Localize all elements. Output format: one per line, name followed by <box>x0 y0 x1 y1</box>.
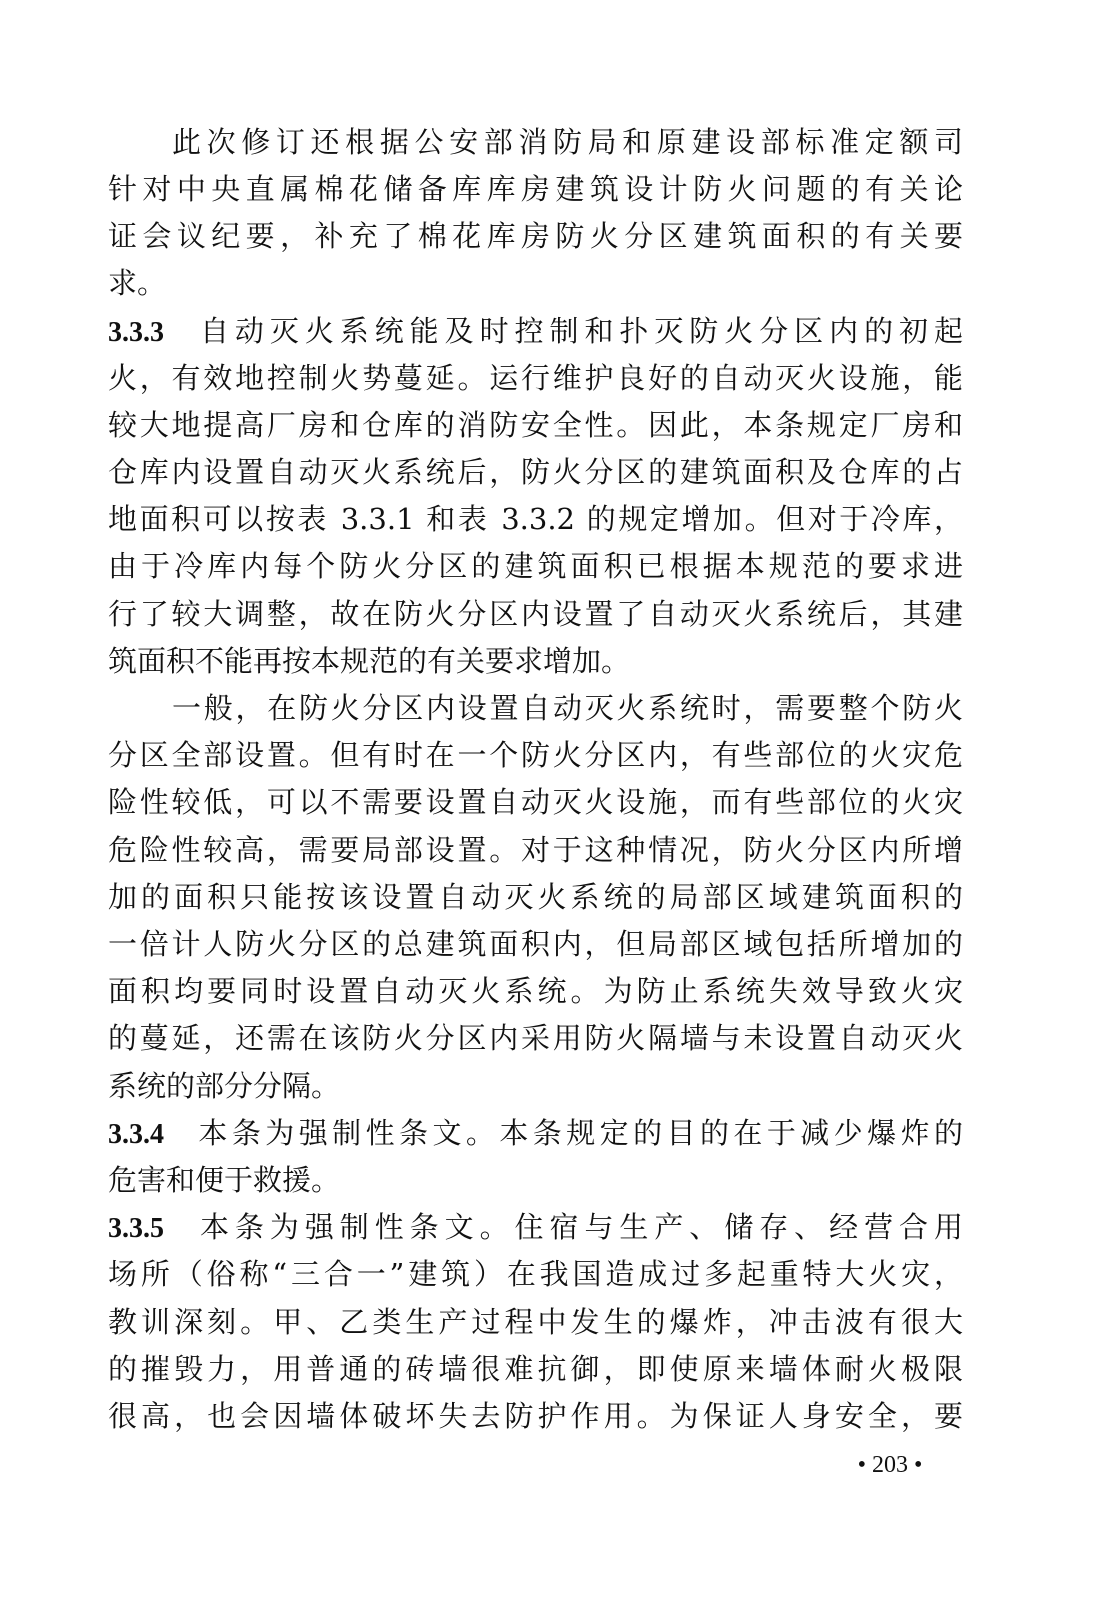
section-number: 3.3.4 <box>108 1119 164 1150</box>
text-line: 行了较大调整，故在防火分区内设置了自动灭火系统后，其建 <box>108 594 963 634</box>
page-number: • 203 • <box>820 1452 960 1479</box>
text-line: 的摧毁力，用普通的砖墙很难抗御，即使原来墙体耐火极限 <box>108 1349 963 1389</box>
text-line: 较大地提高厂房和仓库的消防安全性。因此，本条规定厂房和 <box>108 405 963 445</box>
text-run: 本条为强制性条文。本条规定的目的在于减少爆炸的 <box>194 1116 963 1150</box>
text-line: 一般，在防火分区内设置自动灭火系统时，需要整个防火 <box>172 688 963 728</box>
text-run: 自动灭火系统能及时控制和扑灭防火分区内的初起 <box>194 314 963 348</box>
text-line: 针对中央直属棉花储备库库房建筑设计防火问题的有关论 <box>108 169 963 209</box>
text-line: 分区全部设置。但有时在一个防火分区内，有些部位的火灾危 <box>108 735 963 775</box>
text-line: 证会议纪要，补充了棉花库房防火分区建筑面积的有关要 <box>108 216 963 256</box>
text-line: 系统的部分分隔。 <box>108 1066 963 1106</box>
section-3-3-3-first-line: 3.3.3自动灭火系统能及时控制和扑灭防火分区内的初起 <box>108 311 963 351</box>
text-line: 仓库内设置自动灭火系统后，防火分区的建筑面积及仓库的占 <box>108 452 963 492</box>
text-line: 很高，也会因墙体破坏失去防护作用。为保证人身安全，要 <box>108 1396 963 1436</box>
text-line: 地面积可以按表 3.3.1 和表 3.3.2 的规定增加。但对于冷库， <box>108 499 963 539</box>
text-line: 一倍计人防火分区的总建筑面积内，但局部区域包括所增加的 <box>108 924 963 964</box>
text-line: 求。 <box>108 263 963 303</box>
text-line: 险性较低，可以不需要设置自动灭火设施，而有些部位的火灾 <box>108 782 963 822</box>
text-line: 的蔓延，还需在该防火分区内采用防火隔墙与未设置自动灭火 <box>108 1018 963 1058</box>
text-line: 危害和便于救援。 <box>108 1160 963 1200</box>
text-line: 筑面积不能再按本规范的有关要求增加。 <box>108 641 963 681</box>
text-run: 本条为强制性条文。住宿与生产、储存、经营合用 <box>194 1210 963 1244</box>
text-line: 危险性较高，需要局部设置。对于这种情况，防火分区内所增 <box>108 830 963 870</box>
text-line: 面积均要同时设置自动灭火系统。为防止系统失效导致火灾 <box>108 971 963 1011</box>
text-line: 由于冷库内每个防火分区的建筑面积已根据本规范的要求进 <box>108 546 963 586</box>
text-line: 教训深刻。甲、乙类生产过程中发生的爆炸，冲击波有很大 <box>108 1302 963 1342</box>
section-number: 3.3.3 <box>108 317 164 348</box>
section-3-3-5-first-line: 3.3.5本条为强制性条文。住宿与生产、储存、经营合用 <box>108 1207 963 1247</box>
text-line: 火，有效地控制火势蔓延。运行维护良好的自动灭火设施，能 <box>108 358 963 398</box>
text-line: 场所（俗称“三合一”建筑）在我国造成过多起重特大火灾， <box>108 1254 963 1294</box>
document-page: 此次修订还根据公安部消防局和原建设部标准定额司 针对中央直属棉花储备库库房建筑设… <box>0 0 1094 1600</box>
section-number: 3.3.5 <box>108 1213 164 1244</box>
section-3-3-4-first-line: 3.3.4本条为强制性条文。本条规定的目的在于减少爆炸的 <box>108 1113 963 1153</box>
text-line: 加的面积只能按该设置自动灭火系统的局部区域建筑面积的 <box>108 877 963 917</box>
text-line: 此次修订还根据公安部消防局和原建设部标准定额司 <box>172 122 963 162</box>
